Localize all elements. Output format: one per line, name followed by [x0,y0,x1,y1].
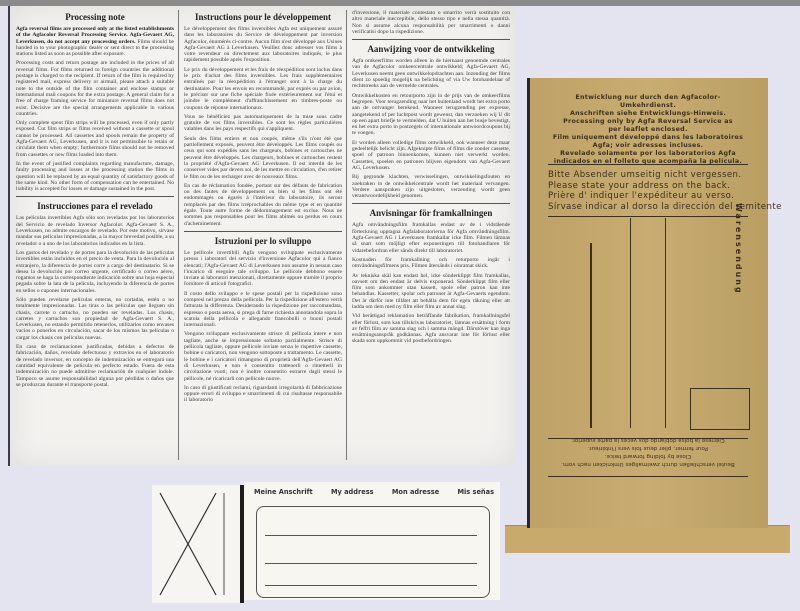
bag-divider [548,164,748,165]
label-french: Mon adresse [392,488,439,496]
swedish-paragraph-1: Agfa omvändningsfilm framkallas endast a… [352,222,510,253]
label-spanish: Mis señas [457,488,494,496]
cross-mark-icon [152,485,244,603]
column-english-spanish: Processing note Agfa reversal films are … [16,10,174,391]
column-dutch-swedish: d'inversione, il materiale contestato o … [352,10,510,348]
address-line [265,563,477,564]
swedish-paragraph-2: Kostnaden för framkallning och returport… [352,257,510,270]
spanish-paragraph-3: Sólo pueden revelarse películas enteras,… [16,297,174,341]
address-line [590,243,592,428]
column-separator [178,10,179,460]
swedish-paragraph-4: Vid berättigad reklamation beträffande f… [352,313,510,344]
bag-closing-instructions: Beutel verschließen durch zweimaliges Um… [548,436,748,468]
english-paragraph-2: Processing costs and return postage are … [16,60,174,117]
dutch-paragraph-4: Bij gegronde klachten, verwisselingen, o… [352,174,510,199]
bag-sender-notice: Bitte Absender umseitig nicht vergessen.… [548,170,748,212]
bag-divider [548,476,748,477]
french-title: Instructions pour le développement [184,12,342,23]
section-divider [352,39,510,40]
italian-paragraph-2: Il costo dello sviluppo e le spese posta… [184,291,342,329]
french-paragraph-5: En cas de réclamation fondée, portant su… [184,183,342,227]
swedish-title: Anvisningar för framkallningen [352,208,510,219]
french-paragraph-2: Le prix du développement et les frais de… [184,67,342,111]
mailing-bag: Entwicklung nur durch den Agfacolor-Umke… [527,78,768,528]
bag-processing-notice: Entwicklung nur durch den Agfacolor-Umke… [548,94,748,166]
address-line [630,218,631,428]
dutch-paragraph-3: Er worden alleen volledige films ontwikk… [352,140,510,171]
address-line [665,218,666,428]
bag-folded-flap [505,525,790,553]
section-divider [184,231,342,232]
address-labels: Meine Anschrift My address Mon adresse M… [254,488,494,496]
english-paragraph-4: In the event of justified complaints reg… [16,161,174,192]
spanish-paragraph-1: Las películas invertibles Agfa sólo son … [16,215,174,246]
column-separator [346,10,347,460]
swedish-paragraph-3: Av tekniska skäl kan endast hel, icke sö… [352,273,510,311]
dutch-paragraph-1: Agfa omkeerfilms worden alleen in de hie… [352,58,510,89]
italian-title: Istruzioni per lo sviluppo [184,236,342,247]
label-english: My address [331,488,374,496]
italian-paragraph-1: Le pellicole invertibili Agfa vengono sv… [184,250,342,288]
italian-paragraph-4: In caso di giustificati reclami, riguard… [184,385,342,404]
address-card: Meine Anschrift My address Mon adresse M… [244,482,500,600]
section-divider [16,196,174,197]
column-french-italian: Instructions pour le développement Le dé… [184,10,342,407]
stamp-box [690,388,750,430]
warensendung-label: Warensendung [734,203,743,295]
label-german: Meine Anschrift [254,488,313,496]
english-paragraph-3: Only complete spent film strips will be … [16,120,174,158]
address-line [265,585,477,586]
crossed-card [152,485,244,603]
english-paragraph-1: Agfa reversal films are processed only a… [16,26,174,57]
section-divider [352,203,510,204]
spanish-paragraph-4: En caso de reclamaciones justificadas, d… [16,344,174,388]
processing-leaflet: Processing note Agfa reversal films are … [10,6,515,466]
italian-continuation: d'inversione, il materiale contestato o … [352,10,510,35]
spanish-paragraph-2: Los gastos del revelado y de portes para… [16,250,174,294]
spanish-title: Instrucciones para el revelado [16,201,174,212]
french-paragraph-1: Le développement des films inversibles A… [184,26,342,64]
bag-divider [548,216,748,217]
french-paragraph-4: Seuls des films entiers et non coupés, m… [184,136,342,180]
dutch-paragraph-2: Ontwikkelkosten en retourporto zijn in d… [352,93,510,137]
dutch-title: Aanwijzing voor de ontwikkeling [352,44,510,55]
address-field[interactable] [256,506,490,598]
address-line [265,535,477,536]
italian-paragraph-3: Vengono sviluppate esclusivamente strisc… [184,331,342,381]
english-title: Processing note [16,12,174,23]
french-paragraph-3: Vous ne bénéficiez pas automatiquement d… [184,114,342,133]
